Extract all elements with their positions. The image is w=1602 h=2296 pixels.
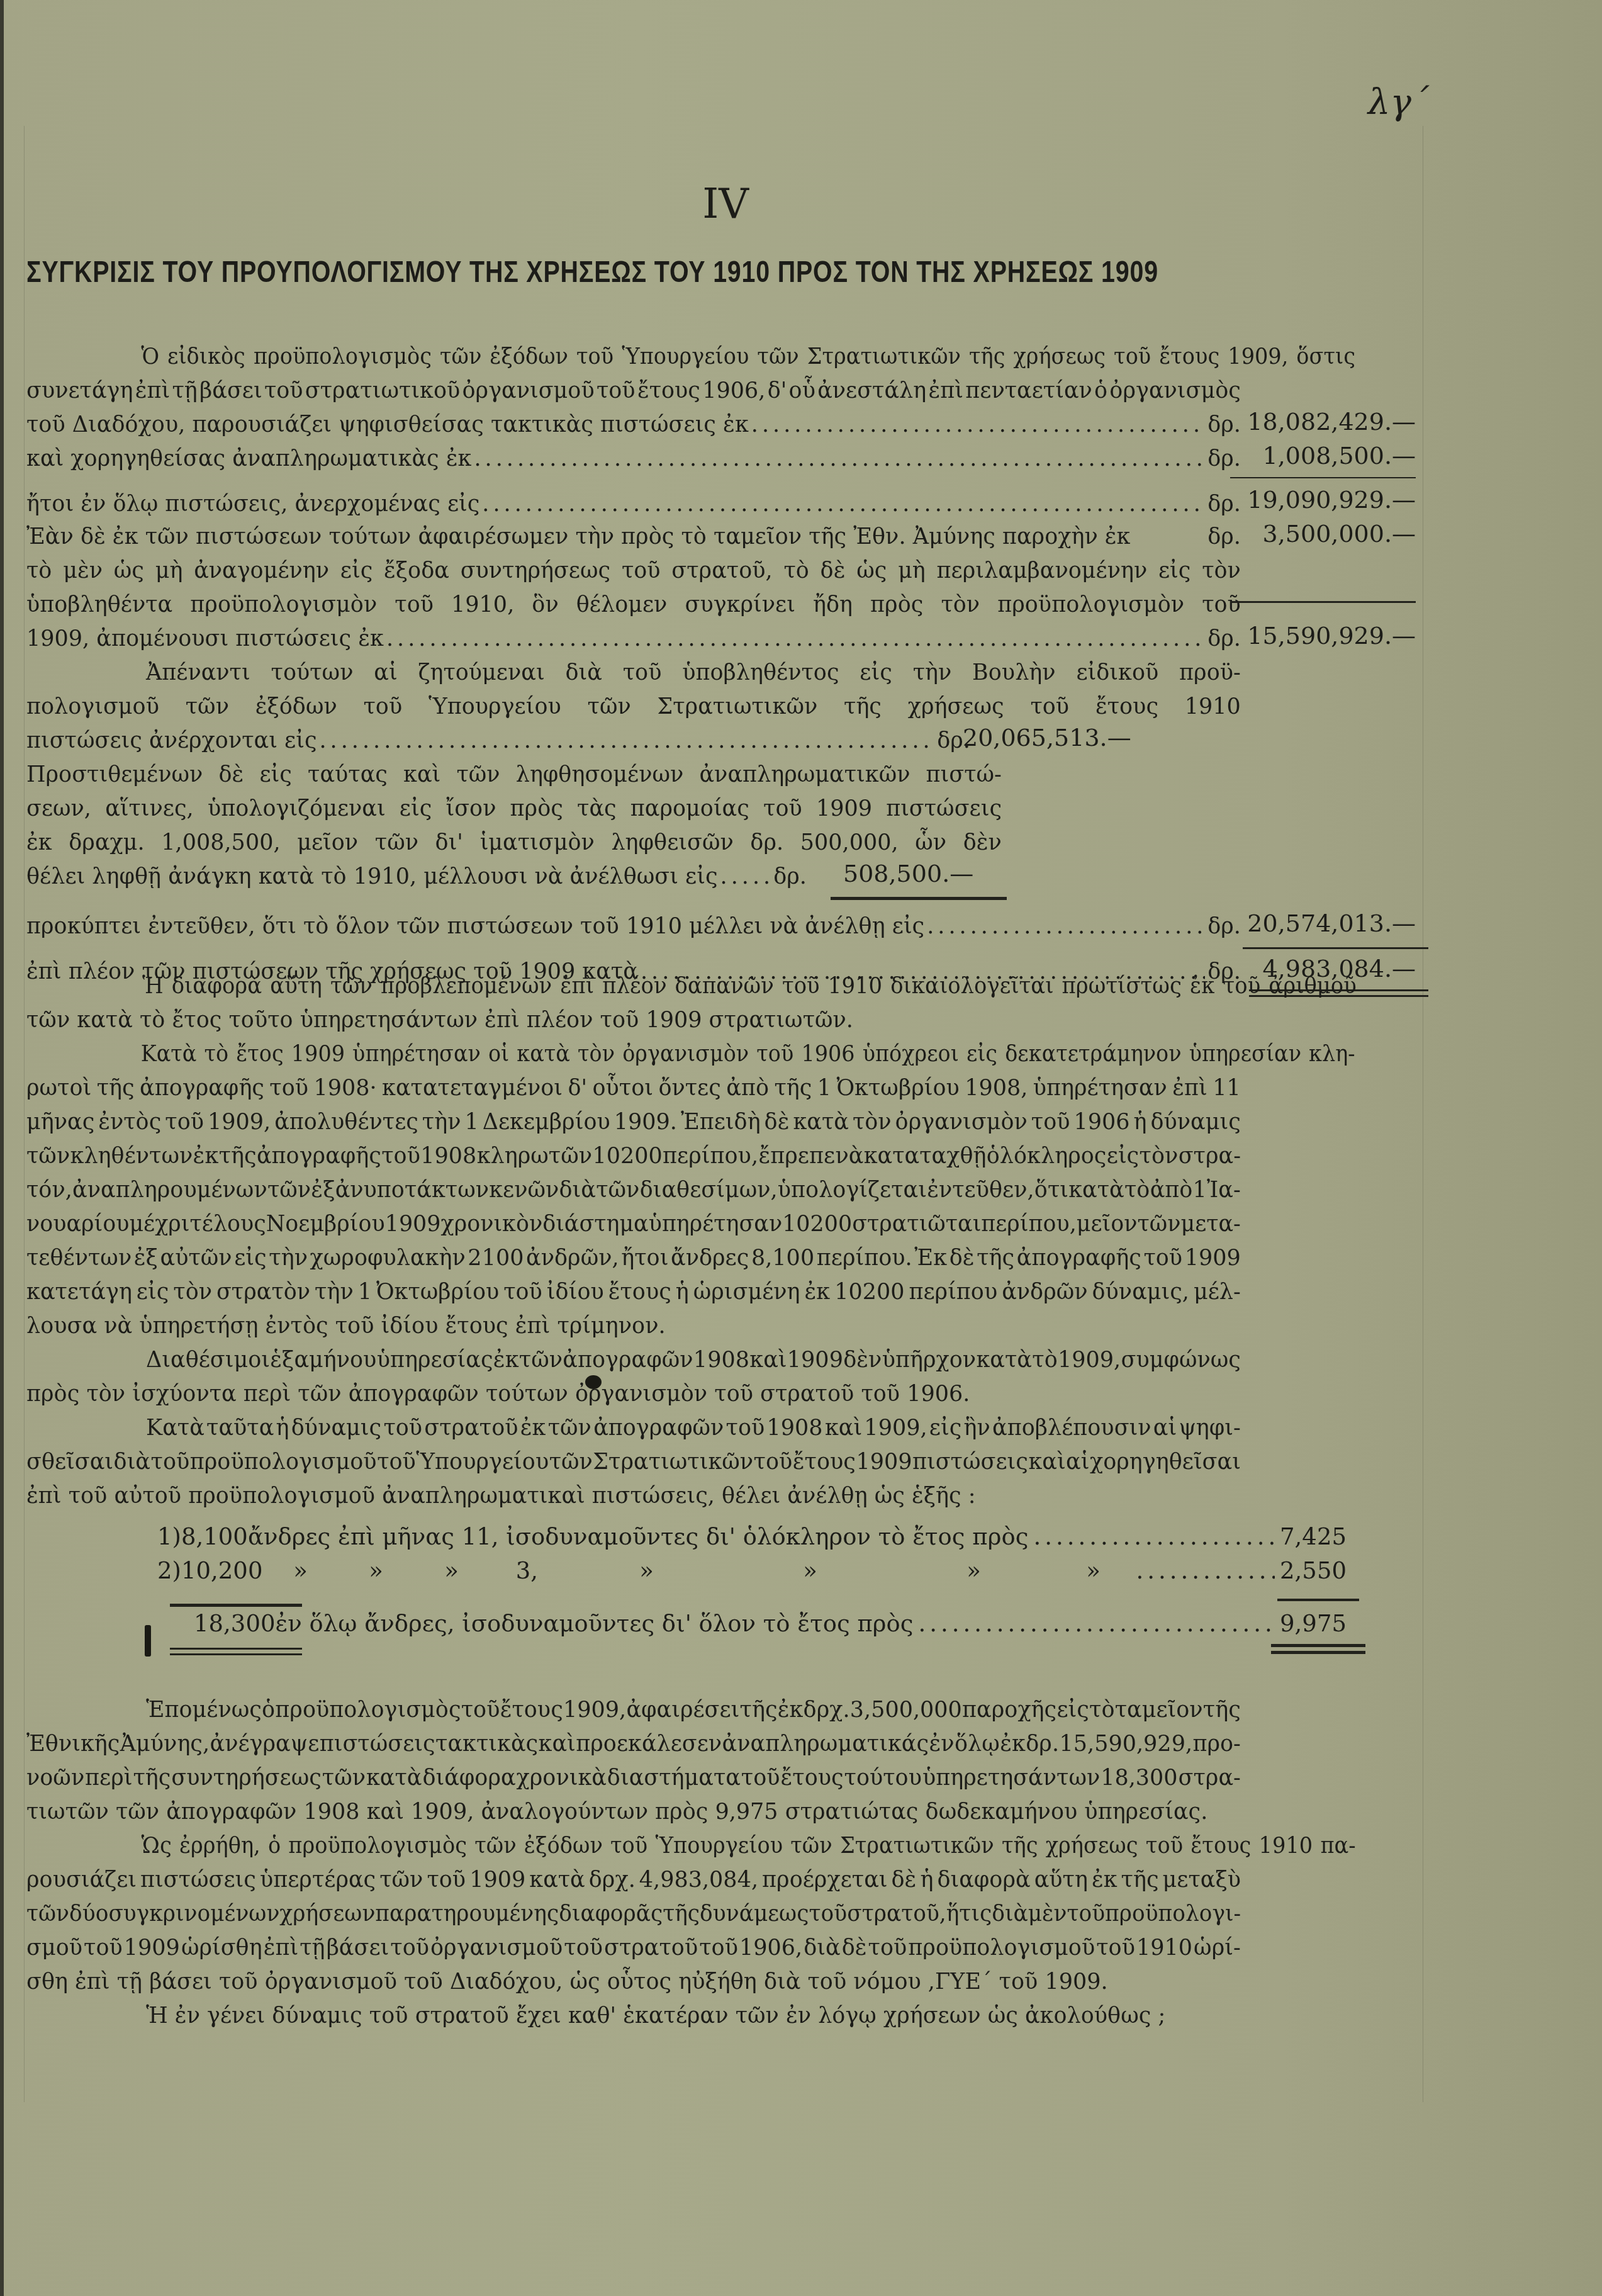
row-value: 7,425 (1280, 1523, 1347, 1550)
value-total-double-rule (1271, 1644, 1365, 1654)
text-line: σεων,αἵτινες,ὑπολογιζόμεναιεἰςἴσονπρὸςτὰ… (26, 792, 1002, 826)
ledger-line: Ἐὰν δὲ ἐκ τῶν πιστώσεων τούτων ἀφαιρέσωμ… (26, 520, 1241, 554)
men-count: 8,100 (181, 1523, 248, 1550)
text-line: ἐκδραχμ.1,008,500,μεῖοντῶνδι'ἱματισμὸνλη… (26, 826, 1002, 860)
leader-dots (474, 442, 1205, 476)
ditto-mark: » (892, 1557, 1055, 1584)
row-value: 2,550 (1280, 1557, 1347, 1584)
ledger-text: 1909, ἀπομένουσι πιστώσεις ἐκ (26, 622, 384, 656)
subtraction-rule (1230, 601, 1416, 603)
binding-edge (0, 0, 4, 2296)
ledger-line: πιστώσεις ἀνέρχονται εἰς δρ. (26, 724, 970, 758)
amount-national-defense: 3,500,000.— (1214, 520, 1416, 548)
text-line: Κατὰταῦταἡδύναμιςτοῦστρατοῦἐκτῶνἀπογραφῶ… (26, 1411, 1241, 1445)
ledger-line: προκύπτει ἐντεῦθεν, ὅτι τὸ ὅλον τῶν πιστ… (26, 909, 1241, 943)
amount-ordinary-credits: 18,082,429.— (1214, 408, 1416, 436)
ink-blot (585, 1375, 602, 1389)
men-sum-rule (170, 1604, 302, 1607)
ditto-mark: » (262, 1557, 338, 1584)
ledger-text: θέλει ληφθῇ ἀνάγκη κατὰ τὸ 1910, μέλλουσ… (26, 860, 718, 894)
row-description: ἄνδρες ἐπὶ μῆνας 11, ἰσοδυναμοῦντες δι' … (248, 1523, 1029, 1550)
leader-dots (482, 487, 1205, 521)
ledger-line: ἤτοι ἐν ὅλῳ πιστώσεις, ἀνερχομένας εἰς δ… (26, 487, 1241, 521)
text-line: συνετάγηἐπὶτῇβάσειτοῦστρατιωτικοῦὀργανισ… (26, 374, 1241, 408)
ledger-text: Ἐὰν δὲ ἐκ τῶν πιστώσεων τούτων ἀφαιρέσωμ… (26, 520, 1130, 554)
ditto-mark: » (728, 1557, 892, 1584)
ledger-text: πιστώσεις ἀνέρχονται εἰς (26, 724, 316, 758)
text-line: νουαρίουμέχριτέλουςΝοεμβρίου1909χρονικὸν… (26, 1207, 1241, 1241)
total-value: 9,975 (1280, 1610, 1347, 1637)
leader-dots (751, 408, 1205, 442)
ledger-line: καὶ χορηγηθείσας ἀναπληρωματικὰς ἐκ δρ. (26, 442, 1241, 476)
text-line: τεθέντωνἐξαὐτῶνεἰςτὴνχωροφυλακὴν2100ἀνδρ… (26, 1241, 1241, 1275)
text-line: Ἑπομένωςὁπροϋπολογισμὸςτοῦἔτους1909,ἀφαι… (26, 1693, 1241, 1727)
paragraph-7: Διαθέσιμοιἑξαμήνουὑπηρεσίαςἐκτῶνἀπογραφῶ… (26, 1343, 1241, 1411)
text-line: ἘθνικῆςἈμύνης,ἀνέγραψεπιστώσειςτακτικὰςκ… (26, 1727, 1241, 1761)
paragraph-8: Κατὰταῦταἡδύναμιςτοῦστρατοῦἐκτῶνἀπογραφῶ… (26, 1411, 1241, 1513)
leader-dots (720, 860, 771, 894)
amount-supplementary-credits: 1,008,500.— (1214, 442, 1416, 470)
text-line: Ὡςἐρρήθη,ὁπροϋπολογισμὸςτῶνἐξόδωντοῦὙπου… (26, 1829, 1356, 1863)
ledger-text: ἤτοι ἐν ὅλῳ πιστώσεις, ἀνερχομένας εἰς (26, 487, 479, 521)
amount-remaining-credits: 15,590,929.— (1214, 622, 1416, 650)
text-line: Ἡ ἐν γένει δύναμις τοῦ στρατοῦ ἔχει καθ'… (26, 1999, 1241, 2033)
men-total-double-rule (170, 1648, 302, 1655)
leader-dots (319, 724, 934, 758)
text-line: σμοῦτοῦ1909ὡρίσθηἐπὶτῇβάσειτοῦὀργανισμοῦ… (26, 1931, 1241, 1965)
men-count: 10,200 (181, 1557, 262, 1584)
calc-row: 1) 8,100 ἄνδρες ἐπὶ μῆνας 11, ἰσοδυναμοῦ… (157, 1523, 1347, 1550)
text-line: ὉεἰδικὸςπροϋπολογισμὸςτῶνἐξόδωντοῦὙπουργ… (26, 340, 1355, 374)
leader-dots (1136, 1557, 1275, 1584)
text-line: κατετάγηεἰςτὸνστρατὸντὴν1Ὀκτωβρίουτοῦἰδί… (26, 1275, 1241, 1309)
document-page: λγ΄ IV ΣΥΓΚΡΙΣΙΣ ΤΟΥ ΠΡΟΥΠΟΛΟΓΙΣΜΟΥ ΤΗΣ … (0, 0, 1602, 2296)
row-index: 1) (157, 1523, 181, 1550)
paragraph-5: Ἡδιαφορὰαὕτητῶνπροβλεπομένωνἐπὶπλέονδαπα… (26, 969, 1241, 1037)
text-line: σθεῖσαιδιὰτοῦπροϋπολογισμοῦτοῦὙπουργείου… (26, 1445, 1241, 1479)
subtraction-rule (1243, 947, 1428, 949)
leader-dots (1033, 1523, 1275, 1550)
text-line: πολογισμοῦτῶνἐξόδωντοῦὙπουργείουτῶνΣτρατ… (26, 690, 1241, 724)
months-count: 3, (489, 1557, 564, 1584)
leader-dots (927, 909, 1205, 943)
text-line: τῶν κατὰ τὸ ἔτος τοῦτο ὑπηρετησάντων ἐπὶ… (26, 1003, 1241, 1037)
row-index: 2) (157, 1557, 181, 1584)
text-line: λουσα νὰ ὑπηρετήσῃ ἐντὸς τοῦ ἰδίου ἔτους… (26, 1309, 1241, 1343)
ledger-line: τοῦ Διαδόχου, παρουσιάζει ψηφισθείσας τα… (26, 408, 1241, 442)
amount-total-credits: 19,090,929.— (1214, 486, 1416, 514)
text-line: ρωτοὶτῆςἀπογραφῆςτοῦ1908·κατατεταγμένοιδ… (26, 1071, 1241, 1105)
ditto-mark: » (338, 1557, 413, 1584)
paragraph-11: Ἡ ἐν γένει δύναμις τοῦ στρατοῦ ἔχει καθ'… (26, 1999, 1241, 2033)
ledger-line: θέλει ληφθῇ ἀνάγκη κατὰ τὸ 1910, μέλλουσ… (26, 860, 807, 894)
text-line: ἐπὶ τοῦ αὐτοῦ προϋπολογισμοῦ ἀναπληρωματ… (26, 1479, 1241, 1513)
amount-total-1910: 20,574,013.— (1214, 909, 1416, 937)
text-line: Προστιθεμένωνδὲεἰςταύταςκαὶτῶνληφθησομέν… (26, 758, 1002, 792)
page-number: λγ΄ (1368, 82, 1429, 123)
sum-rule (831, 897, 1007, 900)
ledger-line: 1909, ἀπομένουσι πιστώσεις ἐκ δρ. (26, 622, 1241, 656)
calc-total-row: 18,300 ἐν ὅλῳ ἄνδρες, ἰσοδυναμοῦντες δι'… (194, 1610, 1347, 1637)
ditto-mark: » (1055, 1557, 1131, 1584)
calc-row: 2) 10,200 »»»3,»»»» 2,550 (157, 1557, 1347, 1584)
text-line: τῶνκληθέντωνἐκτῆςἀπογραφῆςτοῦ1908κληρωτῶ… (26, 1139, 1241, 1173)
text-line: τόν,ἀναπληρουμένωντῶνἐξἀνυποτάκτωνκενῶνδ… (26, 1173, 1241, 1207)
ledger-text: τοῦ Διαδόχου, παρουσιάζει ψηφισθείσας τα… (26, 408, 749, 442)
paragraph-9: Ἑπομένωςὁπροϋπολογισμὸςτοῦἔτους1909,ἀφαι… (26, 1693, 1241, 1829)
currency-unit: δρ. (773, 860, 807, 894)
paragraph-1: ὉεἰδικὸςπροϋπολογισμὸςτῶνἐξόδωντοῦὙπουργ… (26, 340, 1241, 521)
value-sum-rule (1277, 1599, 1359, 1601)
text-line: ὑποβληθένταπροϋπολογισμὸντοῦ1910,ὃνθέλομ… (26, 588, 1241, 622)
men-total: 18,300 (194, 1610, 275, 1637)
text-line: ρουσιάζειπιστώσειςὑπερτέραςτῶντοῦ1909κατ… (26, 1863, 1241, 1897)
total-description: ἐν ὅλῳ ἄνδρες, ἰσοδυναμοῦντες δι' ὅλον τ… (275, 1610, 913, 1637)
margin-mark (145, 1625, 151, 1657)
text-line: νοῶνπερὶτῆςσυντηρήσεωςτῶνκατὰδιάφοραχρον… (26, 1761, 1241, 1795)
leader-dots (919, 1610, 1275, 1637)
ledger-text: προκύπτει ἐντεῦθεν, ὅτι τὸ ὅλον τῶν πιστ… (26, 909, 924, 943)
text-line: Ἡδιαφορὰαὕτητῶνπροβλεπομένωνἐπὶπλέονδαπα… (26, 969, 1357, 1003)
ledger-text: καὶ χορηγηθείσας ἀναπληρωματικὰς ἐκ (26, 442, 471, 476)
section-title: ΣΥΓΚΡΙΣΙΣ ΤΟΥ ΠΡΟΥΠΟΛΟΓΙΣΜΟΥ ΤΗΣ ΧΡΗΣΕΩΣ… (26, 255, 1162, 290)
sum-rule (1230, 477, 1416, 478)
amount-1910-credits: 20,065,513.— (963, 724, 1170, 751)
text-line: Διαθέσιμοιἑξαμήνουὑπηρεσίαςἐκτῶνἀπογραφῶ… (26, 1343, 1241, 1377)
text-line: τιωτῶν τῶν ἀπογραφῶν 1908 καὶ 1909, ἀναλ… (26, 1795, 1241, 1829)
text-line: τὸμὲνὡςμὴἀναγομένηνεἰςἔξοδασυντηρήσεωςτο… (26, 554, 1241, 588)
amount-supplementary-1910: 508,500.— (843, 860, 1032, 887)
section-numeral: IV (0, 179, 1526, 228)
leader-dots (386, 622, 1205, 656)
text-line: σθη ἐπὶ τῇ βάσει τοῦ ὀργανισμοῦ τοῦ Διαδ… (26, 1965, 1241, 1999)
row-description: »»»3,»»»» (262, 1557, 1131, 1584)
text-line: Ἀπέναντιτούτωναἱζητούμεναιδιὰτοῦὑποβληθέ… (26, 656, 1241, 690)
paragraph-2: Ἐὰν δὲ ἐκ τῶν πιστώσεων τούτων ἀφαιρέσωμ… (26, 520, 1241, 656)
ditto-mark: » (564, 1557, 728, 1584)
text-line: πρὸς τὸν ἰσχύοντα περὶ τῶν ἀπογραφῶν τού… (26, 1377, 1241, 1411)
paragraph-6: Κατὰτὸἔτος1909ὑπηρέτησανοἱκατὰτὸνὀργανισ… (26, 1037, 1241, 1343)
paragraph-10: Ὡςἐρρήθη,ὁπροϋπολογισμὸςτῶνἐξόδωντοῦὙπου… (26, 1829, 1241, 1999)
ditto-mark: » (413, 1557, 489, 1584)
text-line: Κατὰτὸἔτος1909ὑπηρέτησανοἱκατὰτὸνὀργανισ… (26, 1037, 1355, 1071)
text-line: μῆναςἐντὸςτοῦ1909,ἀπολυθέντεςτὴν1Δεκεμβρ… (26, 1105, 1241, 1139)
text-line: τῶνδύοσυγκρινομένωνχρήσεωνπαρατηρουμένης… (26, 1897, 1241, 1931)
